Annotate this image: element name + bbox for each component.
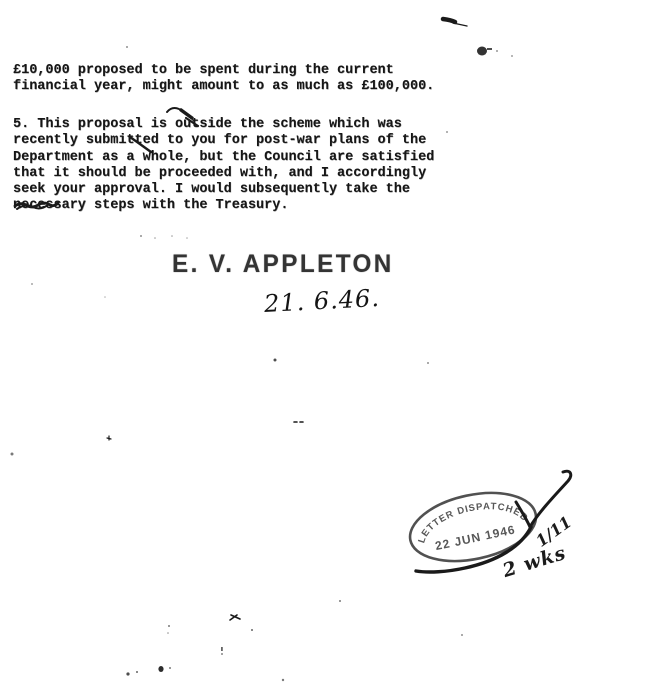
insertion-scribble [167, 108, 179, 112]
ink-dash-mark [453, 23, 467, 26]
ink-speckle [230, 615, 240, 620]
paragraph-intro: £10,000 proposed to be spent during the … [13, 63, 513, 96]
ink-speckle [107, 436, 111, 440]
handwritten-date: 21. 6.46. [263, 284, 380, 318]
paragraph-five: 5. This proposal is outside the scheme w… [13, 117, 513, 215]
document-page: £10,000 proposed to be spent during the … [0, 0, 650, 689]
dispatch-stamp-date: 22 JUN 1946 [434, 522, 517, 553]
ink-dash-mark [443, 19, 455, 22]
signature-name-stamp: E. V. APPLETON [172, 250, 394, 279]
